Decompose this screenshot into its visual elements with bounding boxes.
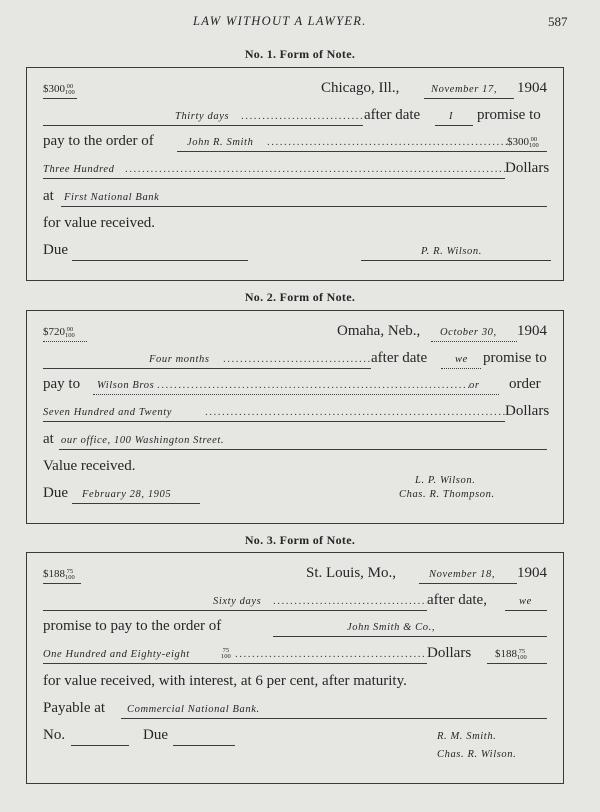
note-2-pronoun: we [455,354,468,365]
note-3-place: St. Louis, Mo., [306,565,396,582]
note-2-term-row: Four months ............................… [27,350,563,372]
note-3-year: 1904 [517,565,547,582]
note-1-place-of-payment: First National Bank [64,192,159,203]
note-3-words-fraction: 75100 [221,647,231,660]
note-1-payee-amount: $30000100 [507,136,539,149]
note-3-signer-2: Chas. R. Wilson. [437,749,516,760]
note-3-payee: John Smith & Co., [347,622,435,633]
note-3-payee-row: promise to pay to the order of John Smit… [27,618,563,640]
note-2-due-label: Due [43,485,68,502]
note-3-signer-2-row: Chas. R. Wilson. [27,745,563,767]
note-2-at: at [43,431,54,448]
note-1-heading: No. 1. Form of Note. [0,47,600,62]
note-2-place-of-payment: our office, 100 Washington Street. [61,435,224,446]
note-2-order: order [509,376,541,393]
note-1-value-received: for value received. [43,215,155,232]
note-3-no-label: No. [43,727,65,744]
note-3-dollars-amount: $18875100 [495,648,527,661]
note-2-after-date: after date [371,350,427,367]
note-2-promise: promise to [483,350,547,367]
note-2-payee-row: pay to Wilson Bros .....................… [27,376,563,398]
note-2-due-row: Due February 28, 1905 Chas. R. Thompson. [27,485,563,507]
note-3-interest-row: for value received, with interest, at 6 … [27,673,563,695]
note-2-dollars: Dollars [505,403,549,420]
page-number: 587 [548,14,568,30]
note-3-term-row: Sixty days .............................… [27,592,563,614]
note-1-payee-row: pay to the order of John R. Smith ......… [27,133,563,155]
note-1-header-row: $30000100 Chicago, Ill., November 17, 19… [27,80,563,102]
note-2-due-date: February 28, 1905 [82,489,171,500]
note-1: $30000100 Chicago, Ill., November 17, 19… [26,67,564,281]
note-2-place: Omaha, Neb., [337,323,420,340]
note-3-header-row: $18875100 St. Louis, Mo., November 18, 1… [27,565,563,587]
note-2-at-row: at our office, 100 Washington Street. [27,431,563,453]
note-1-at-row: at First National Bank [27,188,563,210]
note-2-date: October 30, [440,327,497,338]
note-1-amount: $30000100 [43,83,75,96]
note-1-after-date: after date [364,107,420,124]
note-2-year: 1904 [517,323,547,340]
note-3-place-of-payment: Commercial National Bank. [127,704,260,715]
note-2-or: or [469,380,480,391]
note-3-words: One Hundred and Eighty-eight [43,649,190,660]
note-3-interest-text: for value received, with interest, at 6 … [43,673,407,690]
note-1-due-label: Due [43,242,68,259]
note-2-payee: Wilson Bros [97,380,154,391]
note-1-year: 1904 [517,80,547,97]
note-1-place: Chicago, Ill., [321,80,399,97]
note-3-dollars: Dollars [427,645,471,662]
note-3-term: Sixty days [213,596,261,607]
note-2-words-row: Seven Hundred and Twenty ...............… [27,403,563,425]
note-1-payee: John R. Smith [187,137,253,148]
note-2-amount: $72000100 [43,326,75,339]
note-3-payable-label: Payable at [43,700,105,717]
note-2: $72000100 Omaha, Neb., October 30, 1904 … [26,310,564,524]
note-2-header-row: $72000100 Omaha, Neb., October 30, 1904 [27,323,563,345]
note-2-words: Seven Hundred and Twenty [43,407,172,418]
note-1-term-row: Thirty days ............................… [27,107,563,129]
running-title: LAW WITHOUT A LAWYER. [193,14,367,29]
note-1-words: Three Hundred [43,164,114,175]
note-1-signer: P. R. Wilson. [421,246,482,257]
note-1-words-row: Three Hundred ..........................… [27,160,563,182]
note-3-payable-row: Payable at Commercial National Bank. [27,700,563,722]
note-1-due-row: Due P. R. Wilson. [27,242,563,264]
note-1-dollars: Dollars [505,160,549,177]
running-head: LAW WITHOUT A LAWYER. 587 [0,14,600,34]
note-3-date: November 18, [429,569,495,580]
note-2-term: Four months [149,354,210,365]
note-1-term: Thirty days [175,111,229,122]
note-1-pronoun: I [449,111,453,122]
note-1-date: November 17, [431,84,497,95]
note-3-signer-1: R. M. Smith. [437,731,496,742]
note-3: $18875100 St. Louis, Mo., November 18, 1… [26,552,564,784]
note-2-heading: No. 2. Form of Note. [0,290,600,305]
note-3-pronoun: we [519,596,532,607]
note-3-words-row: One Hundred and Eighty-eight 75100 .....… [27,645,563,667]
note-1-promise: promise to [477,107,541,124]
note-1-pay-label: pay to the order of [43,133,154,150]
note-1-at: at [43,188,54,205]
note-3-pay-label: promise to pay to the order of [43,618,221,635]
note-3-amount: $18875100 [43,568,75,581]
note-2-pay-label: pay to [43,376,80,393]
note-2-signer-2: Chas. R. Thompson. [399,489,495,500]
note-3-heading: No. 3. Form of Note. [0,533,600,548]
note-1-value-row: for value received. [27,215,563,237]
note-3-after-date: after date, [427,592,487,609]
note-3-due-label: Due [143,727,168,744]
